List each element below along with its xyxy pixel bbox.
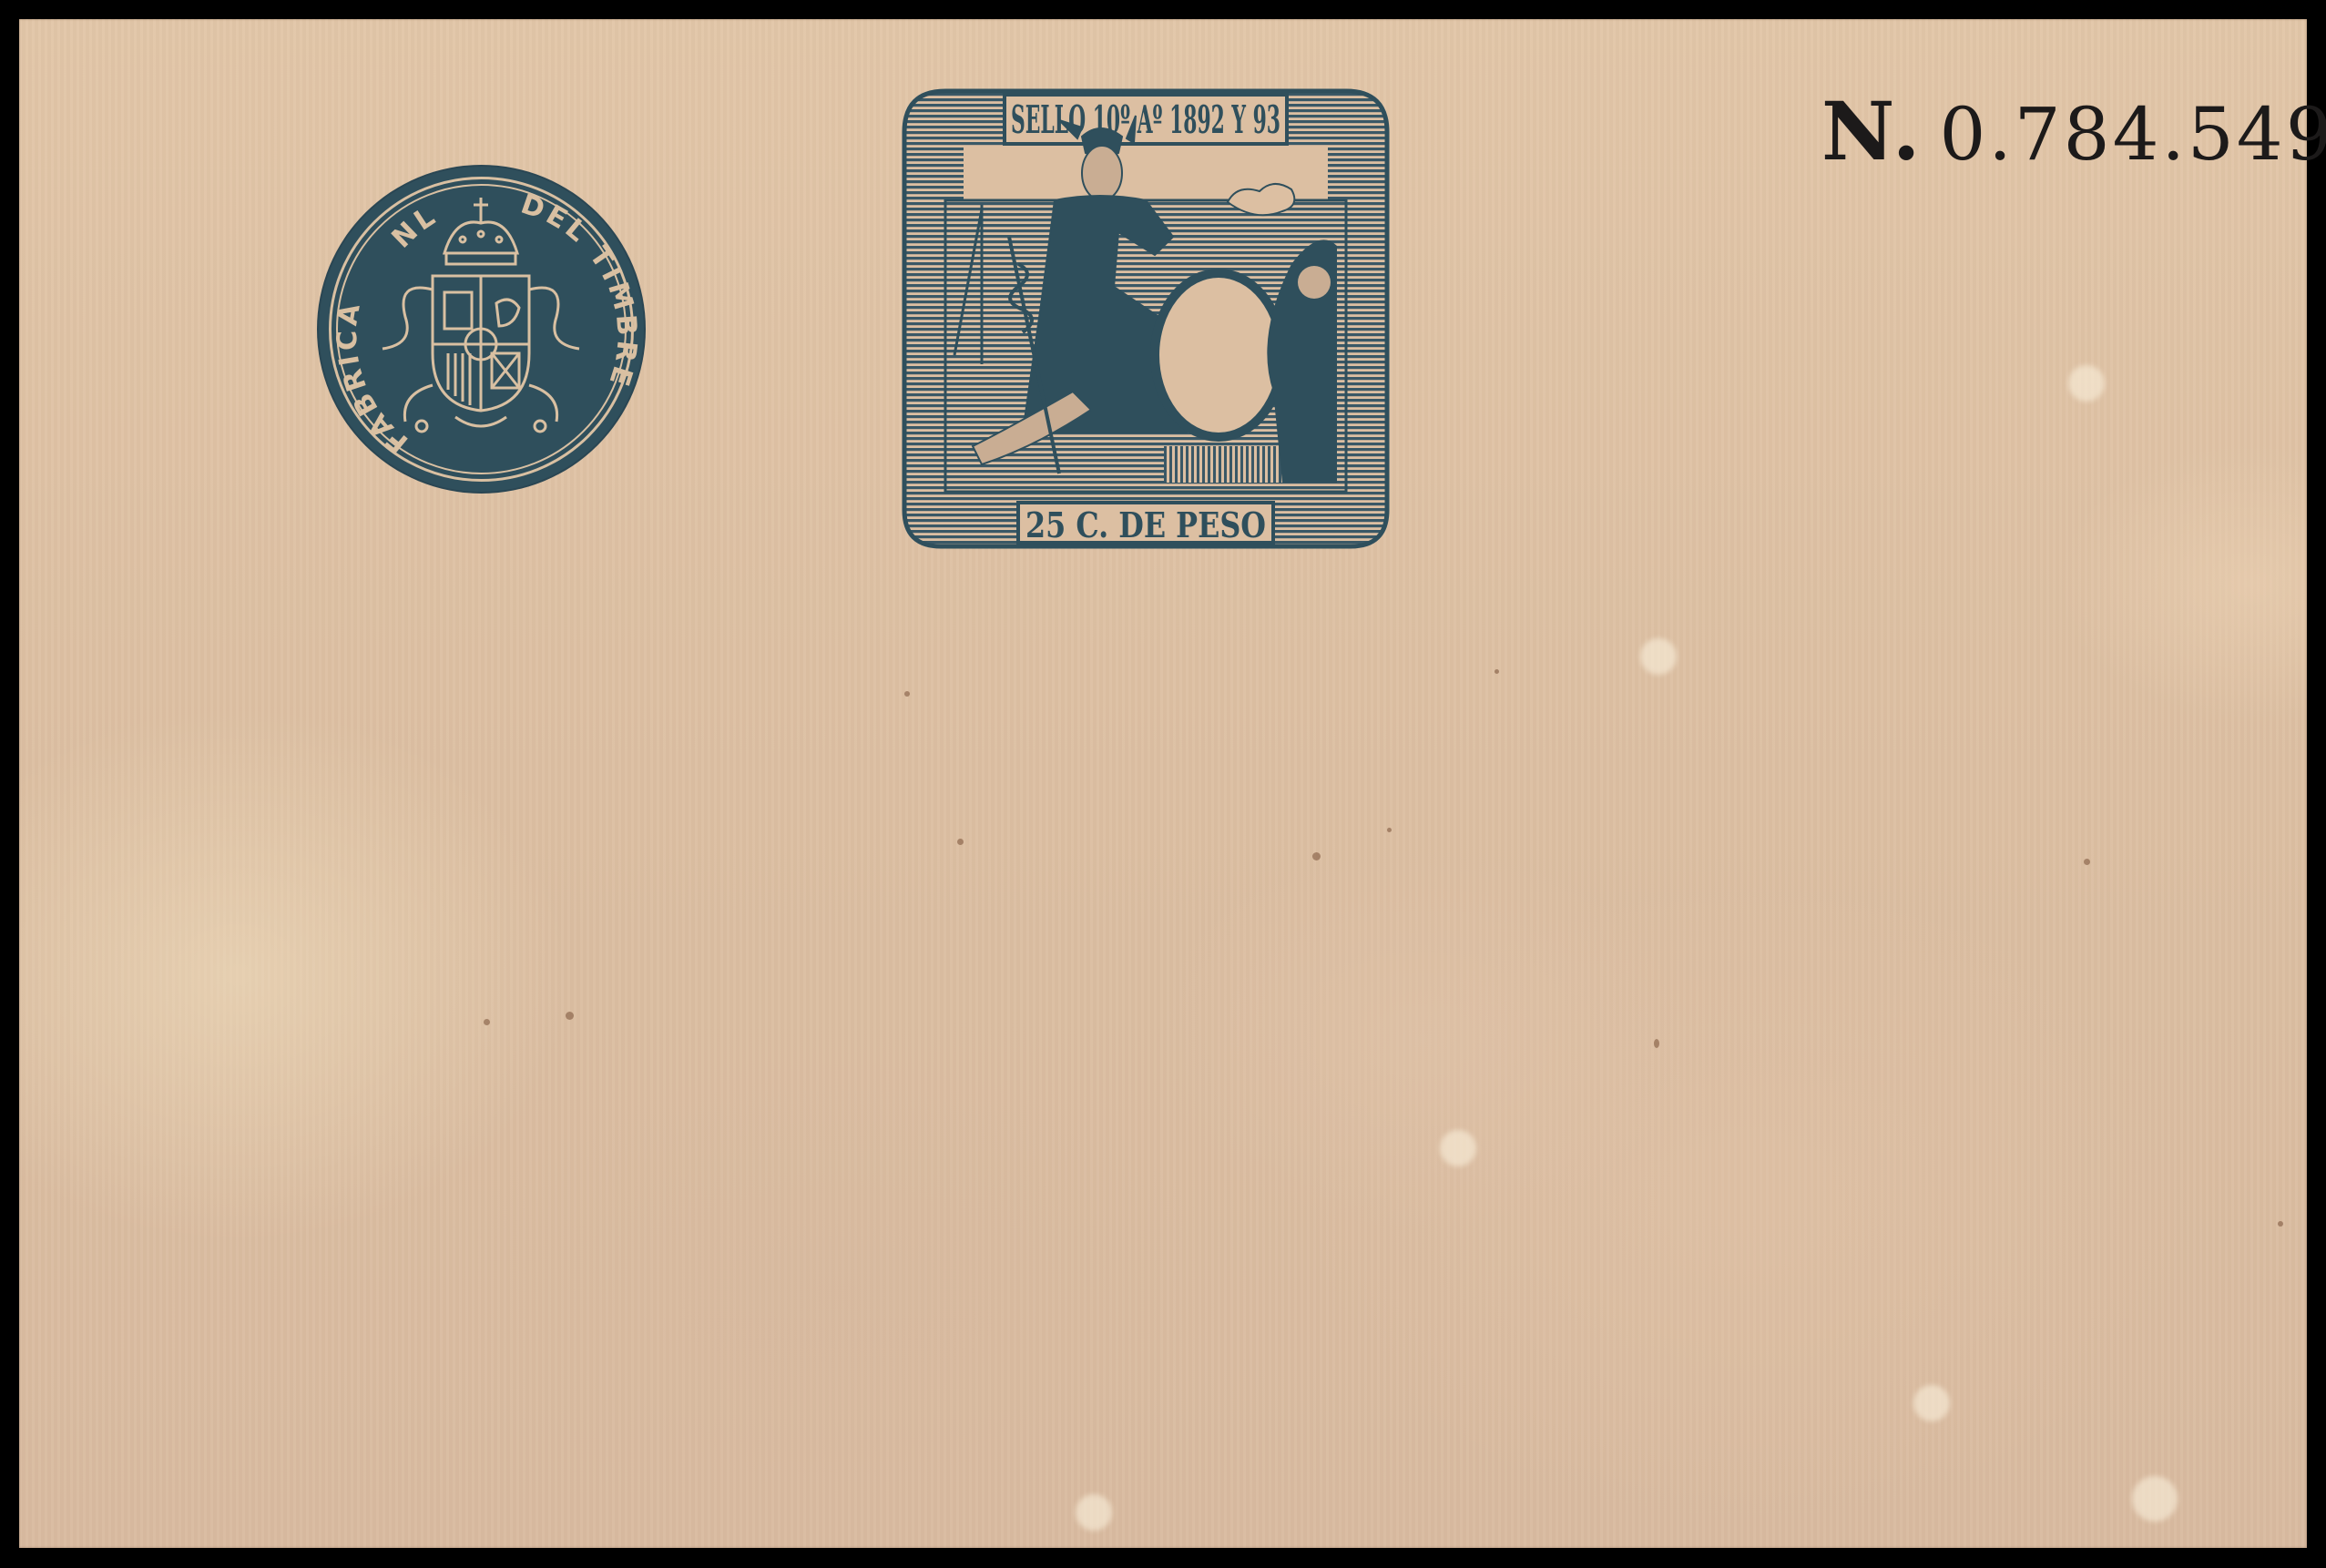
foxing-spot [1312,852,1321,860]
serial-number: N.0.784.549 [1821,91,2326,171]
revenue-stamp: SELLO 10º Aº 1892 Y 93 [891,82,1401,561]
coat-of-arms-icon [433,276,529,411]
foxing-spot [1654,1039,1659,1048]
foxing-spot [1387,828,1392,832]
stamp-value-text: 25 C. DE PESO [1025,504,1266,545]
foxing-spot [2084,859,2090,865]
svg-text:DEL TIMBRE: DEL TIMBRE [517,188,643,393]
paper-light-spot [2068,365,2105,402]
foxing-spot [484,1019,490,1025]
foxing-spot [957,839,964,845]
seal-text-del-timbre: DEL TIMBRE [517,188,643,393]
paper-light-spot [1440,1130,1476,1166]
paper-light-spot [1640,638,1677,675]
fabrica-nacional-del-timbre-seal: FABRICA NL DEL TIMBRE [319,167,644,492]
foxing-spot [566,1012,574,1020]
paper-light-spot [2132,1476,2178,1522]
seal-graphics: FABRICA NL DEL TIMBRE [319,167,644,492]
svg-text:FABRICA: FABRICA [332,298,414,459]
oval-medallion [1155,273,1282,437]
foxing-spot [904,691,910,697]
seal-text-nl: NL [386,199,444,255]
foxing-spot [1495,669,1499,674]
crown-icon [444,198,517,264]
paper-light-spot [1913,1385,1950,1421]
stamp-header-text: SELLO 10º Aº 1892 Y 93 [1011,97,1280,142]
svg-text:NL: NL [386,199,444,255]
foxing-spot [2278,1221,2283,1227]
serial-digits: 0.784.549 [1939,92,2326,177]
serial-prefix: N. [1821,84,1923,178]
paper-light-spot [1076,1494,1112,1531]
seal-text-fabrica: FABRICA [332,298,414,459]
stamp-graphics: SELLO 10º Aº 1892 Y 93 [891,82,1401,561]
